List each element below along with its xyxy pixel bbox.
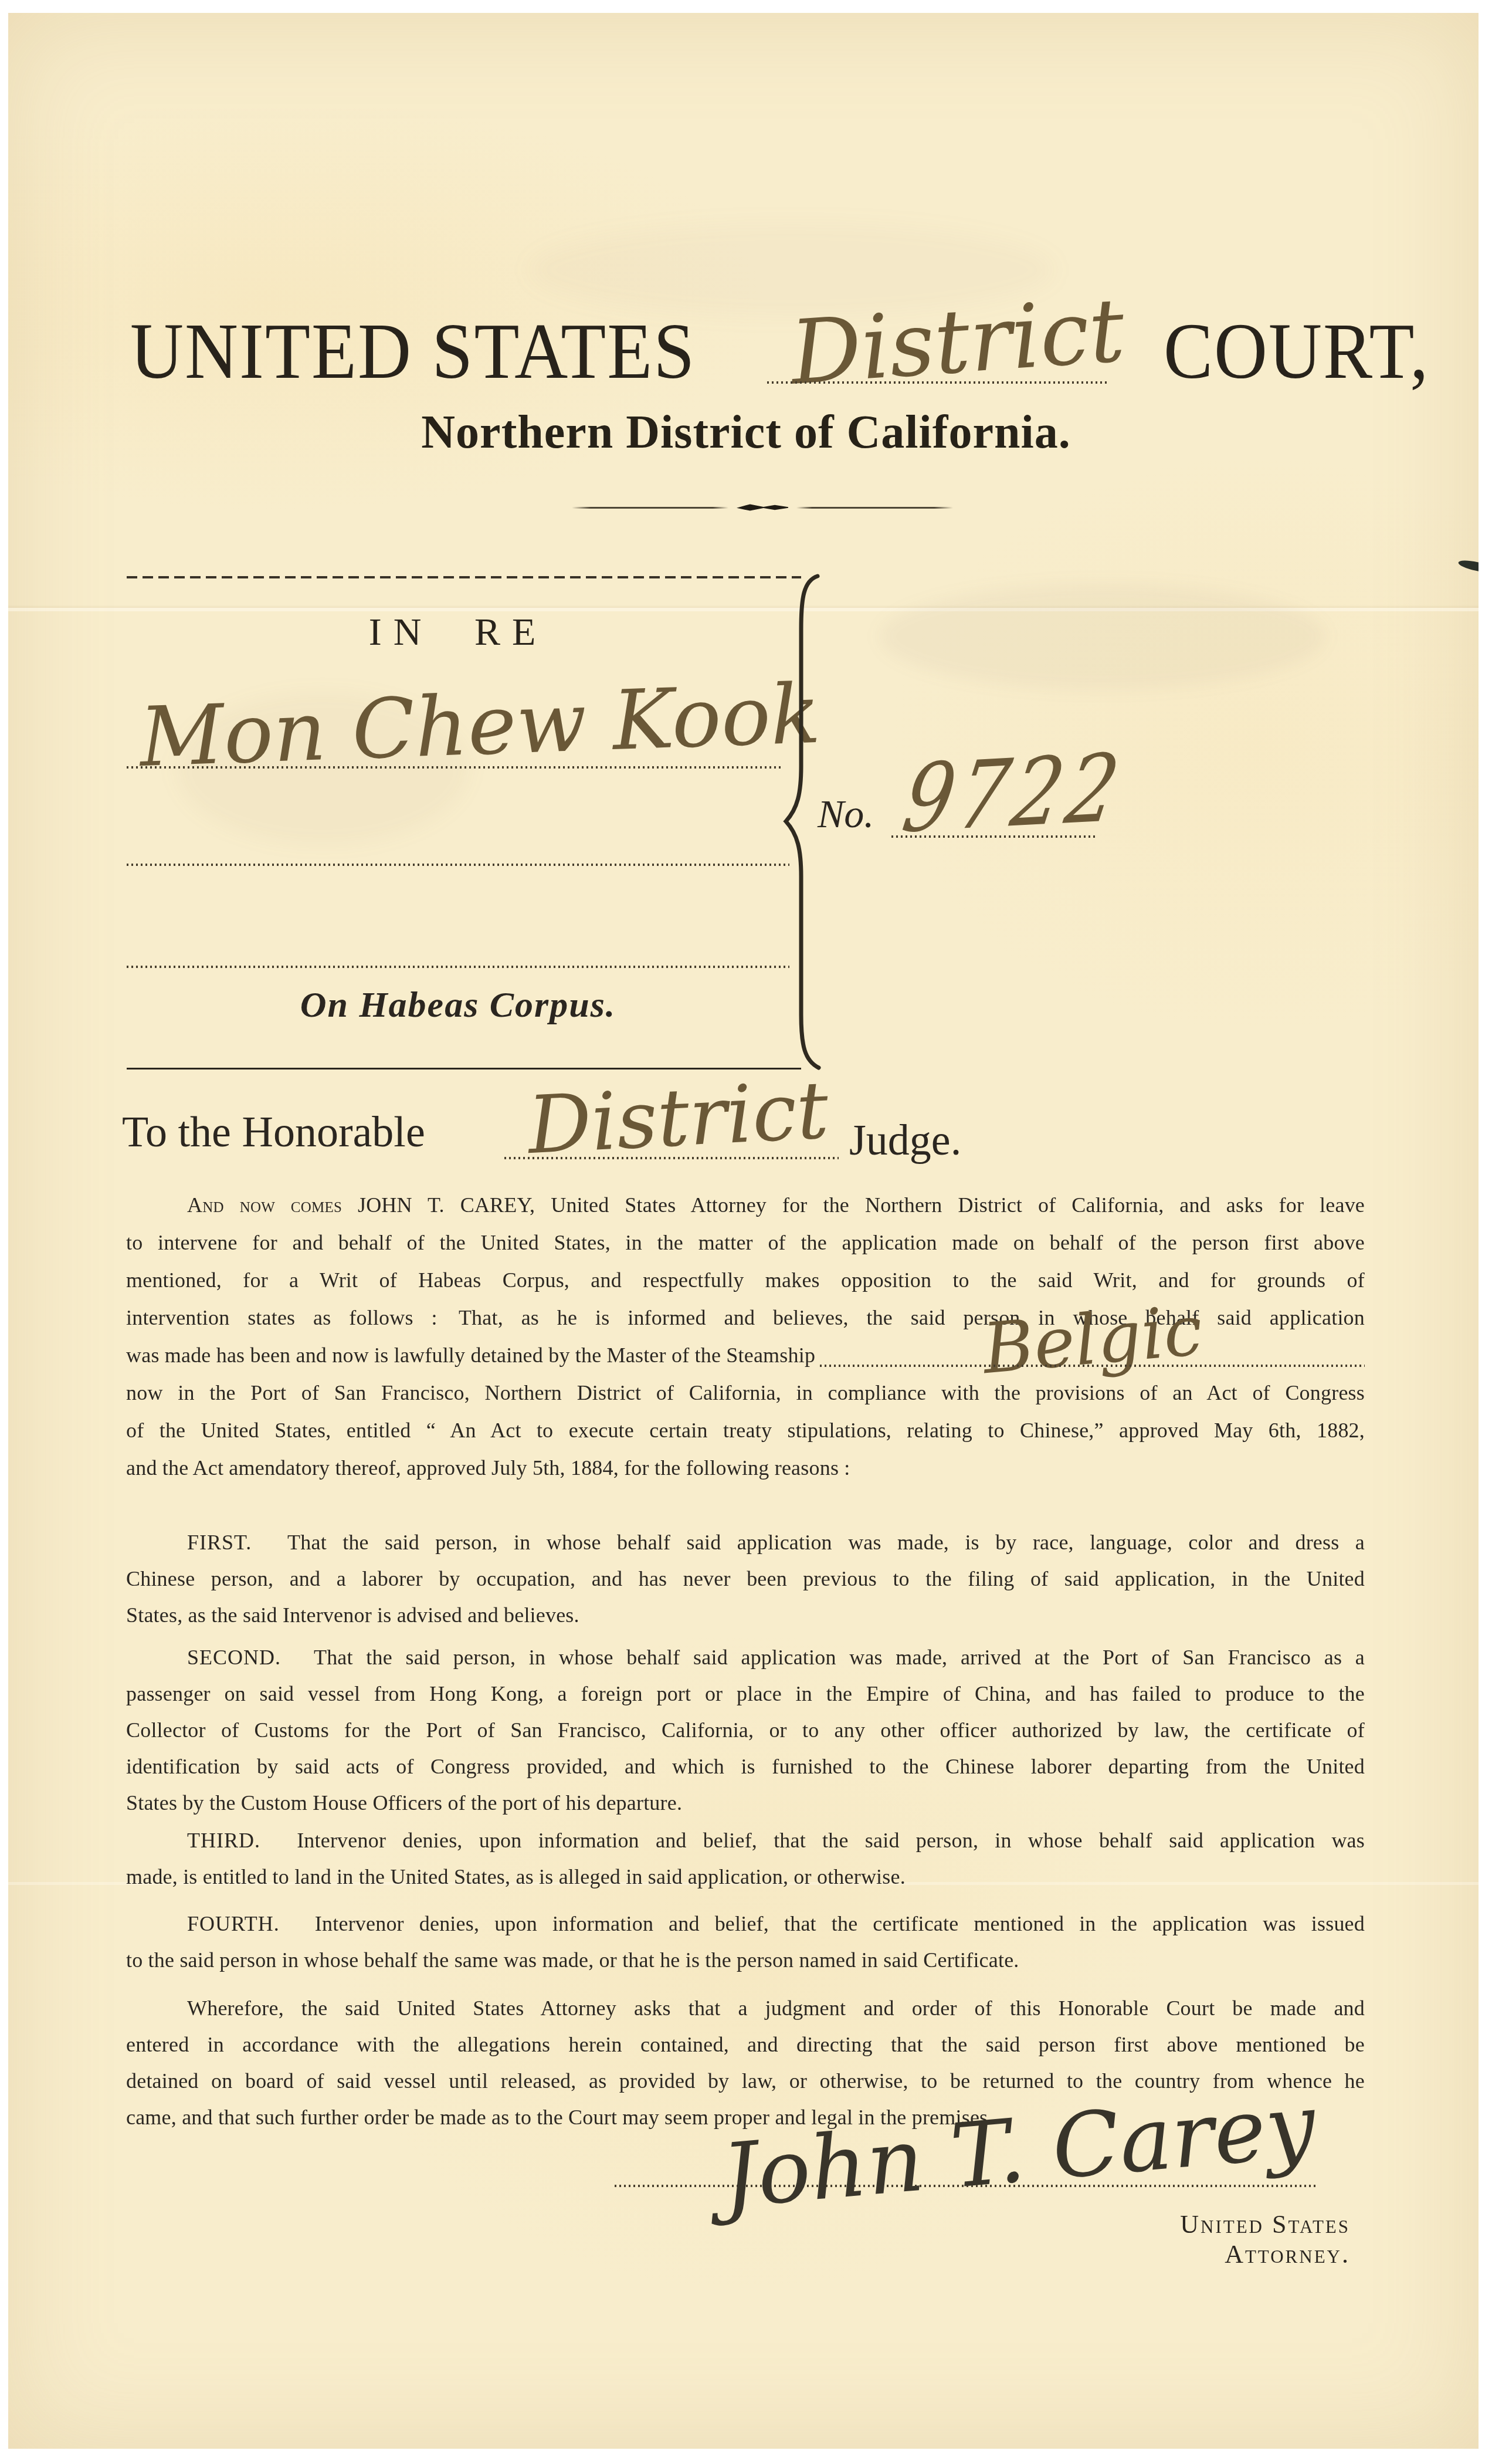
second-line-4: identification by said acts of Congress …	[126, 1748, 1365, 1785]
wherefore-line-1: Wherefore, the said United States Attorn…	[126, 1990, 1365, 2026]
salutation-prefix: To the Honorable	[122, 1108, 425, 1157]
third-line-2: made, is entitled to land in the United …	[126, 1859, 1365, 1895]
case-number-blank-line	[891, 835, 1097, 838]
title-fill-blank-line	[767, 381, 1107, 384]
first-line-2: Chinese person, and a laborer by occupat…	[126, 1561, 1365, 1597]
court-title-suffix: COURT,	[1164, 306, 1430, 398]
steamship-name-handwritten: Belgic	[980, 1295, 1205, 1383]
proceeding-type: On Habeas Corpus.	[127, 984, 789, 1026]
third-paragraph: THIRD. Intervenor denies, upon informati…	[126, 1822, 1365, 1895]
opening-line-2: to intervene for and behalf of the Unite…	[126, 1224, 1365, 1261]
bleed-through-smudge	[880, 584, 1325, 689]
court-subtitle: Northern District of California.	[8, 406, 1479, 459]
opening-line-8: and the Act amendatory thereof, approved…	[126, 1449, 1365, 1487]
case-number-label: No.	[818, 791, 874, 837]
first-paragraph: FIRST. That the said person, in whose be…	[126, 1524, 1365, 1633]
second-line-2: passenger on said vessel from Hong Kong,…	[126, 1676, 1365, 1712]
third-label: THIRD.	[187, 1829, 260, 1852]
fourth-paragraph: FOURTH. Intervenor denies, upon informat…	[126, 1905, 1365, 1978]
attorney-name-printed: JOHN T. CAREY,	[358, 1193, 535, 1217]
header-divider	[572, 503, 953, 512]
caption-bottom-rule	[127, 1068, 801, 1069]
divider-rule-right	[796, 507, 953, 509]
steamship-name-blank-line: Belgic	[820, 1336, 1365, 1374]
second-label: SECOND.	[187, 1646, 281, 1669]
third-line-1: THIRD. Intervenor denies, upon informati…	[126, 1822, 1365, 1859]
first-line-1: FIRST. That the said person, in whose be…	[126, 1524, 1365, 1561]
case-number-handwritten: 9722	[897, 741, 1130, 846]
opening-line-5-steamship: was made has been and now is lawfully de…	[126, 1336, 1365, 1374]
party-name-blank-line	[127, 766, 781, 769]
edge-ink-mark	[1457, 559, 1479, 575]
opening-paragraph: And now comes JOHN T. CAREY, United Stat…	[126, 1186, 1365, 1487]
opening-line-1: And now comes JOHN T. CAREY, United Stat…	[126, 1186, 1365, 1224]
fourth-line-1: FOURTH. Intervenor denies, upon informat…	[126, 1905, 1365, 1942]
divider-ornament	[737, 503, 788, 512]
salutation-blank-line	[504, 1157, 839, 1159]
second-line-3: Collector of Customs for the Port of San…	[126, 1712, 1365, 1748]
second-line-5: States by the Custom House Officers of t…	[126, 1785, 1365, 1821]
opening-line-1-rest: United States Attorney for the Northern …	[551, 1193, 1365, 1217]
caption-top-rule	[127, 576, 801, 578]
second-line-1: SECOND. That the said person, in whose b…	[126, 1639, 1365, 1676]
opening-line-6: now in the Port of San Francisco, Northe…	[126, 1374, 1365, 1412]
fourth-label: FOURTH.	[187, 1912, 280, 1935]
wherefore-line-2: entered in accordance with the allegatio…	[126, 2026, 1365, 2063]
salutation-fill-in-handwritten: District	[526, 1071, 830, 1166]
divider-rule-left	[572, 507, 728, 509]
first-line-3: States, as the said Intervenor is advise…	[126, 1597, 1365, 1633]
second-paragraph: SECOND. That the said person, in whose b…	[126, 1639, 1365, 1821]
court-title-prefix: UNITED STATES	[130, 306, 696, 398]
caption-blank-line-2	[127, 864, 789, 866]
opening-lead: And now comes	[187, 1193, 342, 1217]
in-re-label: IN RE	[127, 610, 789, 655]
caption-blank-line-3	[127, 966, 789, 968]
first-label: FIRST.	[187, 1531, 252, 1554]
salutation-suffix: Judge.	[849, 1116, 961, 1166]
opening-line-7: of the United States, entitled “ An Act …	[126, 1412, 1365, 1449]
document-page: UNITED STATES District COURT, Northern D…	[8, 13, 1479, 2449]
party-name-handwritten: Mon Chew Kook	[138, 673, 822, 779]
opening-line-5-text: was made has been and now is lawfully de…	[126, 1336, 815, 1374]
fourth-line-2: to the said person in whose behalf the s…	[126, 1942, 1365, 1978]
signature-title: United States Attorney.	[1050, 2209, 1350, 2269]
